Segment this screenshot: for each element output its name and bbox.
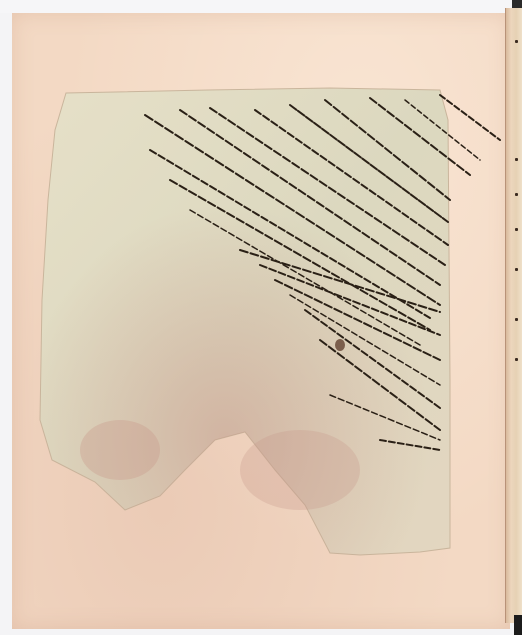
manuscript-fragment — [0, 0, 522, 635]
ink-blot — [335, 339, 345, 351]
